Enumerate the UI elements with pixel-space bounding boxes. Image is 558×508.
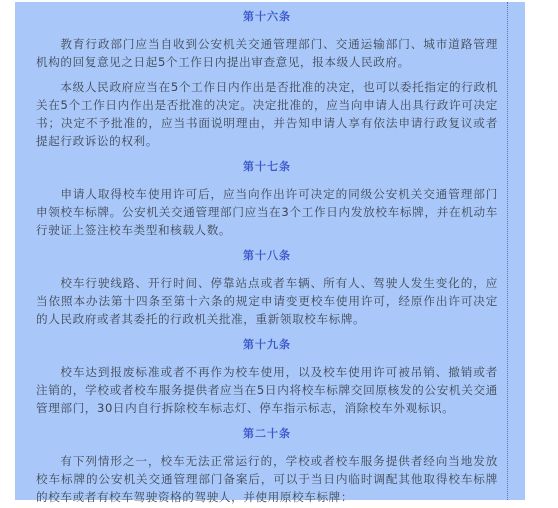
article-paragraph: 校车行驶线路、开行时间、停靠站点或者车辆、所有人、驾驶人发生变化的，应当依照本办… bbox=[36, 274, 498, 328]
article-17: 第十七条 申请人取得校车使用许可后，应当向作出许可决定的同级公安机关交通管理部门… bbox=[36, 159, 498, 239]
article-19: 第十九条 校车达到报废标准或者不再作为校车使用，以及校车使用许可被吊销、撤销或者… bbox=[36, 337, 498, 417]
article-title: 第十六条 bbox=[36, 9, 498, 25]
article-paragraph: 本级人民政府应当在5个工作日内作出是否批准的决定，也可以委托指定的行政机关在5个… bbox=[36, 78, 498, 150]
article-title: 第十八条 bbox=[36, 248, 498, 264]
article-paragraph: 申请人取得校车使用许可后，应当向作出许可决定的同级公安机关交通管理部门申领校车标… bbox=[36, 185, 498, 239]
article-title: 第二十条 bbox=[36, 426, 498, 442]
article-title: 第十九条 bbox=[36, 337, 498, 353]
article-title: 第十七条 bbox=[36, 159, 498, 175]
dotted-divider bbox=[507, 2, 508, 500]
article-paragraph: 有下列情形之一，校车无法正常运行的，学校或者校车服务提供者经向当地发放校车标牌的… bbox=[36, 452, 498, 506]
article-18: 第十八条 校车行驶线路、开行时间、停靠站点或者车辆、所有人、驾驶人发生变化的，应… bbox=[36, 248, 498, 328]
article-paragraph: 教育行政部门应当自收到公安机关交通管理部门、交通运输部门、城市道路管理机构的回复… bbox=[36, 35, 498, 71]
article-paragraph: 校车达到报废标准或者不再作为校车使用，以及校车使用许可被吊销、撤销或者注销的，学… bbox=[36, 363, 498, 417]
document-content: 第十六条 教育行政部门应当自收到公安机关交通管理部门、交通运输部门、城市道路管理… bbox=[36, 9, 498, 508]
article-20: 第二十条 有下列情形之一，校车无法正常运行的，学校或者校车服务提供者经向当地发放… bbox=[36, 426, 498, 506]
document-panel: 第十六条 教育行政部门应当自收到公安机关交通管理部门、交通运输部门、城市道路管理… bbox=[15, 2, 525, 500]
article-16: 第十六条 教育行政部门应当自收到公安机关交通管理部门、交通运输部门、城市道路管理… bbox=[36, 9, 498, 150]
